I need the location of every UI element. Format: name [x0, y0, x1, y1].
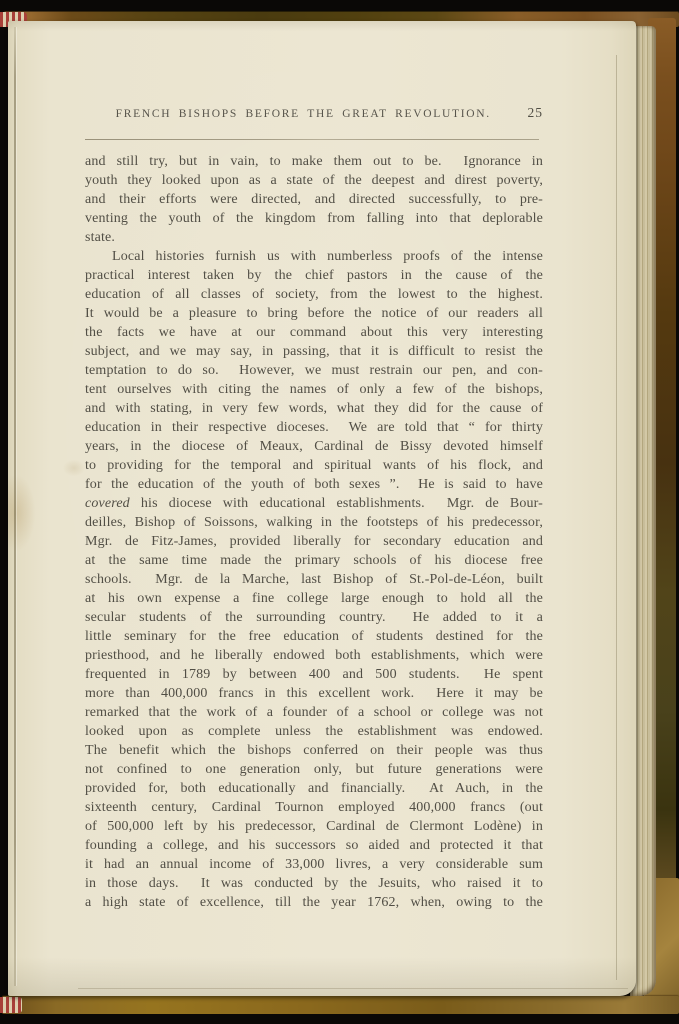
- text-line: looked upon as complete unless the estab…: [85, 722, 543, 741]
- text-line: frequented in 1789 by between 400 and 50…: [85, 665, 543, 684]
- text-line: at his own expense a fine college large …: [85, 589, 543, 608]
- text-line: founding a college, and his successors s…: [85, 836, 543, 855]
- text-line: not confined to one generation only, but…: [85, 760, 543, 779]
- text-line: and still try, but in vain, to make them…: [85, 152, 543, 171]
- headband-bottom-left: [0, 997, 22, 1013]
- page-text: and still try, but in vain, to make them…: [85, 152, 543, 912]
- text-line: of 500,000 left by his predecessor, Card…: [85, 817, 543, 836]
- book-cover-bottom-edge: [2, 996, 679, 1014]
- text-line: priesthood, and he liberally endowed bot…: [85, 646, 543, 665]
- text-line: secular students of the surrounding coun…: [85, 608, 543, 627]
- text-line: little seminary for the free education o…: [85, 627, 543, 646]
- text-line: schools. Mgr. de la Marche, last Bishop …: [85, 570, 543, 589]
- text-line: at the same time made the primary school…: [85, 551, 543, 570]
- text-line: a high state of excellence, till the yea…: [85, 893, 543, 912]
- text-line: Mgr. de Fitz-James, provided liberally f…: [85, 532, 543, 551]
- paragraph: Local histories furnish us with numberle…: [85, 247, 543, 912]
- italic-text: covered: [85, 496, 130, 511]
- header-rule: [85, 139, 539, 140]
- running-header-title: FRENCH BISHOPS BEFORE THE GREAT REVOLUTI…: [85, 108, 522, 120]
- text-line: deilles, Bishop of Soissons, walking in …: [85, 513, 543, 532]
- text-line: youth they looked upon as a state of the…: [85, 171, 543, 190]
- text-line: in those days. It was conducted by the J…: [85, 874, 543, 893]
- photo-backdrop: FRENCH BISHOPS BEFORE THE GREAT REVOLUTI…: [0, 0, 679, 1024]
- text-line: provided for, both educationally and fin…: [85, 779, 543, 798]
- text-line: subject, and we may say, in passing, tha…: [85, 342, 543, 361]
- book-page: FRENCH BISHOPS BEFORE THE GREAT REVOLUTI…: [8, 21, 636, 996]
- running-header: FRENCH BISHOPS BEFORE THE GREAT REVOLUTI…: [85, 105, 543, 121]
- page-right-edge: [616, 55, 617, 980]
- text-line: Local histories furnish us with numberle…: [85, 247, 543, 266]
- text-line: remarked that the work of a founder of a…: [85, 703, 543, 722]
- text-line: to providing for the temporal and spirit…: [85, 456, 543, 475]
- text-line: The benefit which the bishops conferred …: [85, 741, 543, 760]
- text-line: practical interest taken by the chief pa…: [85, 266, 543, 285]
- text-segment: his diocese with educational establishme…: [130, 496, 543, 511]
- text-line: tent ourselves with citing the names of …: [85, 380, 543, 399]
- text-line: state.: [85, 228, 543, 247]
- text-line: and their efforts were directed, and dir…: [85, 190, 543, 209]
- text-line: It would be a pleasure to bring before t…: [85, 304, 543, 323]
- text-line: education of all classes of society, fro…: [85, 285, 543, 304]
- text-line: for the education of the youth of both s…: [85, 475, 543, 494]
- text-line: temptation to do so. However, we must re…: [85, 361, 543, 380]
- text-line: sixteenth century, Cardinal Tournon empl…: [85, 798, 543, 817]
- text-line: covered his diocese with educational est…: [85, 494, 543, 513]
- paragraph: and still try, but in vain, to make them…: [85, 152, 543, 247]
- text-line: it had an annual income of 33,000 livres…: [85, 855, 543, 874]
- text-line: more than 400,000 francs in this excelle…: [85, 684, 543, 703]
- text-line: and with stating, in very few words, wha…: [85, 399, 543, 418]
- text-line: the facts we have at our command about t…: [85, 323, 543, 342]
- text-line: education in their respective dioceses. …: [85, 418, 543, 437]
- page-bottom-edge: [78, 988, 628, 989]
- text-line: venting the youth of the kingdom from fa…: [85, 209, 543, 228]
- page-number: 25: [528, 105, 544, 121]
- page-crease: [14, 27, 16, 986]
- text-line: years, in the diocese of Meaux, Cardinal…: [85, 437, 543, 456]
